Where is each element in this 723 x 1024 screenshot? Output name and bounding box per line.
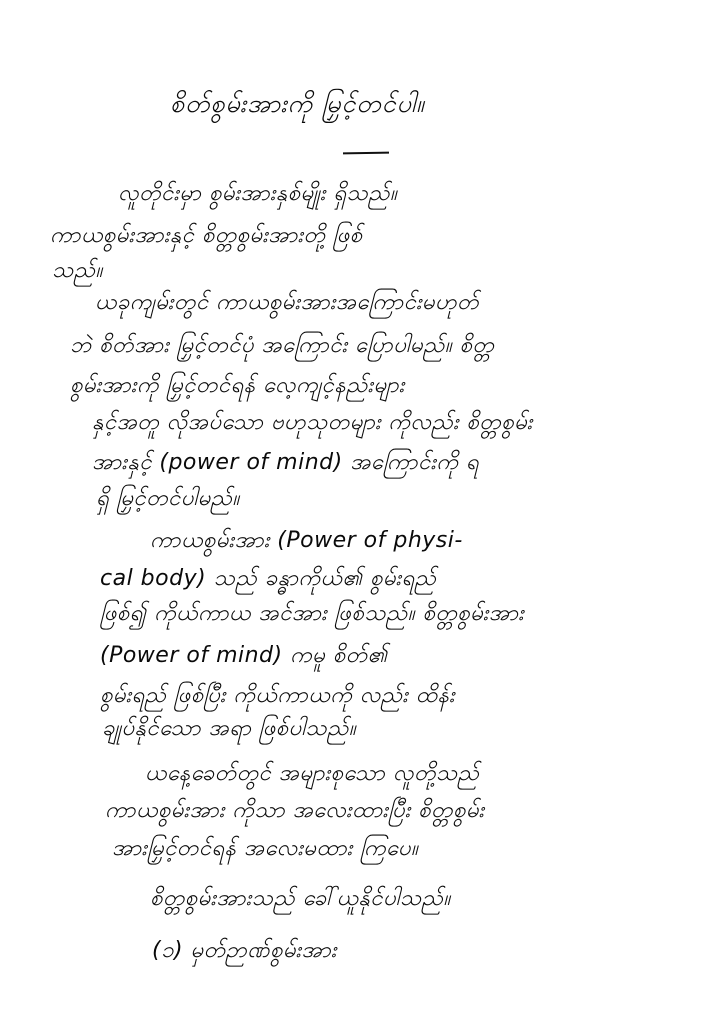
paragraph-2-line-4: နှင့်အတူ လိုအပ်သော ဗဟုသုတများ ကိုလည်း စိ… (92, 412, 533, 434)
paragraph-3-line-5: စွမ်းရည် ဖြစ်ပြီး ကိုယ်ကာယကို လည်း ထိန်း (100, 685, 455, 707)
numbered-section-heading: (၁) မှတ်ဉာဏ်စွမ်းအား (152, 940, 337, 962)
paragraph-4-line-3: အားမြှင့်တင်ရန် အလေးမထား ကြပေ။ (112, 838, 418, 860)
manuscript-page: စိတ်စွမ်းအားကို မြှင့်တင်ပါ။ လူတိုင်းမှာ… (0, 0, 723, 1024)
paragraph-2-line-2: ဘဲ စိတ်အား မြှင့်တင်ပုံ အကြောင်း ပြောပါမ… (70, 335, 494, 357)
paragraph-2-line-1: ယခုကျမ်းတွင် ကာယစွမ်းအားအကြောင်းမဟုတ် (95, 292, 479, 314)
paragraph-4-line-1: ယနေ့ခေတ်တွင် အများစုသော လူတို့သည် (145, 763, 479, 785)
paragraph-3-line-6: ချုပ်နိုင်သော အရာ ဖြစ်ပါသည်။ (102, 718, 356, 740)
paragraph-3-line-1: ကာယစွမ်းအား (Power of physi- (150, 530, 463, 552)
page-title: စိတ်စွမ်းအားကို မြှင့်တင်ပါ။ (170, 88, 570, 125)
paragraph-2-line-5: အားနှင့် (power of mind) အကြောင်းကို ရ (92, 452, 479, 474)
paragraph-3-line-4: (Power of mind) ကမူ စိတ်၏ (100, 645, 388, 667)
paragraph-1-line-3: သည်။ (52, 260, 103, 282)
paragraph-2-line-6: ရှိ မြှင့်တင်ပါမည်။ (96, 488, 240, 510)
paragraph-1-line-1: လူတိုင်းမှာ စွမ်းအားနှစ်မျိုး ရှိသည်။ (118, 183, 397, 205)
paragraph-4-line-4: စိတ္တစွမ်းအားသည် ခေါ်ယူနိုင်ပါသည်။ (150, 888, 451, 910)
paragraph-4-line-2: ကာယစွမ်းအား ကိုသာ အလေးထားပြီး စိတ္တစွမ်း (105, 800, 485, 822)
paragraph-3-line-2: cal body) သည် ခန္ဓာကိုယ်၏ စွမ်းရည် (100, 568, 436, 590)
title-underline-divider (343, 152, 389, 155)
paragraph-3-line-3: ဖြစ်၍ ကိုယ်ကာယ အင်အား ဖြစ်သည်။ စိတ္တစွမ်… (100, 603, 524, 625)
paragraph-1-line-2: ကာယစွမ်းအားနှင့် စိတ္တစွမ်းအားတို့ ဖြစ် (50, 225, 363, 247)
paragraph-2-line-3: စွမ်းအားကို မြှင့်တင်ရန် လေ့ကျင့်နည်းမျာ… (70, 375, 405, 397)
